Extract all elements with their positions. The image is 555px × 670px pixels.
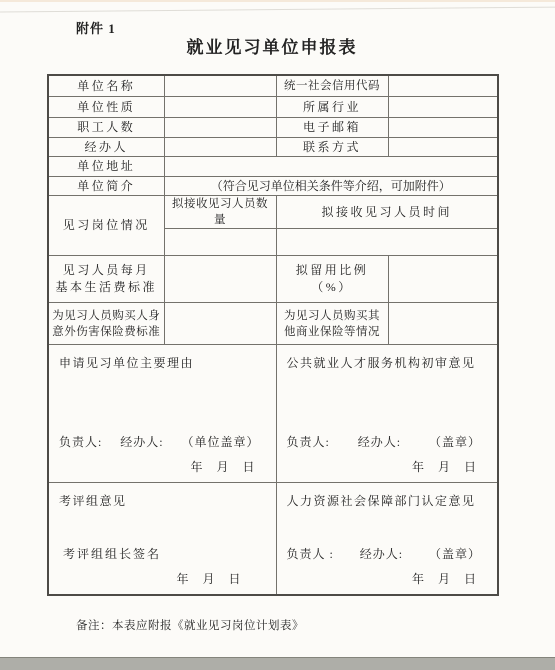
evaluation-sign-label: 考评组组长签名 (59, 546, 264, 563)
label-monthly-allowance: 见习人员每月 基本生活费标准 (48, 256, 164, 303)
scanned-form-page: 附件 1 就业见习单位申报表 单位名称 统一社会信用代码 单位性质 所属行业 职… (0, 0, 555, 670)
apply-signature-row: 负责人: 经办人: （单位盖章） (59, 434, 264, 451)
review-seal-label: （盖章） (429, 434, 481, 451)
row-insurance: 为见习人员购买人身 意外伤害保险费标准 为见习人员购买其 他商业保险等情况 (48, 303, 498, 345)
label-staff-count: 职工人数 (48, 118, 164, 138)
input-cell-staff-count (164, 118, 276, 138)
review-date-line: 年 月 日 (287, 459, 486, 476)
label-unit-type: 单位性质 (48, 97, 164, 118)
header-intern-quantity: 拟接收见习人员数量 (164, 196, 276, 229)
input-cell-industry (388, 97, 498, 118)
input-cell-address (164, 157, 498, 177)
hr-date-line: 年 月 日 (287, 571, 486, 588)
row-allowance: 见习人员每月 基本生活费标准 拟留用比例（%） (48, 256, 498, 303)
initial-review-title: 公共就业人才服务机构初审意见 (287, 355, 486, 372)
apply-date-line: 年 月 日 (59, 459, 264, 476)
header-intern-time: 拟接收见习人员时间 (276, 196, 498, 229)
apply-handler-label: 经办人: (120, 434, 163, 451)
label-contact: 联系方式 (276, 138, 388, 157)
label-email: 电子邮箱 (276, 118, 388, 138)
hr-handler-label: 经办人: (360, 546, 403, 563)
hr-signature-row: 负责人 : 经办人: （盖章） (287, 546, 486, 563)
review-leader-label: 负责人: (287, 434, 330, 451)
row-unit-type: 单位性质 所属行业 (48, 97, 498, 118)
hr-seal-label: （盖章） (429, 546, 481, 563)
scan-artifact-top-edge (0, 0, 555, 2)
intro-hint: （符合见习单位相关条件等介绍，可加附件） (164, 177, 498, 196)
row-intro: 单位简介 （符合见习单位相关条件等介绍，可加附件） (48, 177, 498, 196)
input-cell-intern-quantity (164, 229, 276, 256)
apply-seal-label: （单位盖章） (181, 434, 259, 451)
review-signature-row: 负责人: 经办人: （盖章） (287, 434, 486, 451)
input-cell-email (388, 118, 498, 138)
row-unit-name: 单位名称 统一社会信用代码 (48, 75, 498, 97)
apply-reason-title: 申请见习单位主要理由 (59, 355, 264, 372)
label-industry: 所属行业 (276, 97, 388, 118)
label-other-insurance: 为见习人员购买其 他商业保险等情况 (276, 303, 388, 345)
label-retention-ratio: 拟留用比例（%） (276, 256, 388, 303)
label-accident-insurance: 为见习人员购买人身 意外伤害保险费标准 (48, 303, 164, 345)
footer-note: 备注：本表应附报《就业见习岗位计划表》 (76, 617, 304, 633)
application-form-table: 单位名称 统一社会信用代码 单位性质 所属行业 职工人数 电子邮箱 经办人 联系… (47, 74, 499, 596)
evaluation-cell: 考评组意见 考评组组长签名 年 月 日 (48, 483, 276, 596)
label-position-section: 见习岗位情况 (48, 196, 164, 256)
hr-decision-title: 人力资源社会保障部门认定意见 (287, 493, 486, 510)
row-position-headers: 见习岗位情况 拟接收见习人员数量 拟接收见习人员时间 (48, 196, 498, 229)
hr-leader-label: 负责人 : (287, 546, 334, 563)
review-handler-label: 经办人: (358, 434, 401, 451)
evaluation-title: 考评组意见 (59, 493, 264, 510)
input-cell-unit-type (164, 97, 276, 118)
initial-review-cell: 公共就业人才服务机构初审意见 负责人: 经办人: （盖章） 年 月 日 (276, 345, 498, 483)
input-cell-handler (164, 138, 276, 157)
row-handler: 经办人 联系方式 (48, 138, 498, 157)
input-cell-retention-ratio (388, 256, 498, 303)
label-credit-code: 统一社会信用代码 (276, 75, 388, 97)
scan-artifact-line (0, 6, 555, 12)
label-address: 单位地址 (48, 157, 164, 177)
input-cell-intern-time (276, 229, 498, 256)
row-address: 单位地址 (48, 157, 498, 177)
apply-reason-cell: 申请见习单位主要理由 负责人: 经办人: （单位盖章） 年 月 日 (48, 345, 276, 483)
input-cell-monthly-allowance (164, 256, 276, 303)
row-apply-review: 申请见习单位主要理由 负责人: 经办人: （单位盖章） 年 月 日 公共就业人才… (48, 345, 498, 483)
apply-leader-label: 负责人: (59, 434, 102, 451)
input-cell-accident-insurance (164, 303, 276, 345)
input-cell-contact (388, 138, 498, 157)
input-cell-unit-name (164, 75, 276, 97)
label-unit-name: 单位名称 (48, 75, 164, 97)
scan-edge-bottom (0, 657, 555, 670)
row-staff-count: 职工人数 电子邮箱 (48, 118, 498, 138)
form-title: 就业见习单位申报表 (47, 33, 497, 58)
hr-decision-cell: 人力资源社会保障部门认定意见 负责人 : 经办人: （盖章） 年 月 日 (276, 483, 498, 596)
label-handler: 经办人 (48, 138, 164, 157)
row-evaluation-hr: 考评组意见 考评组组长签名 年 月 日 人力资源社会保障部门认定意见 负责人 :… (48, 483, 498, 596)
label-intro: 单位简介 (48, 177, 164, 196)
evaluation-date-line: 年 月 日 (59, 571, 264, 588)
input-cell-other-insurance (388, 303, 498, 345)
input-cell-credit-code (388, 75, 498, 97)
